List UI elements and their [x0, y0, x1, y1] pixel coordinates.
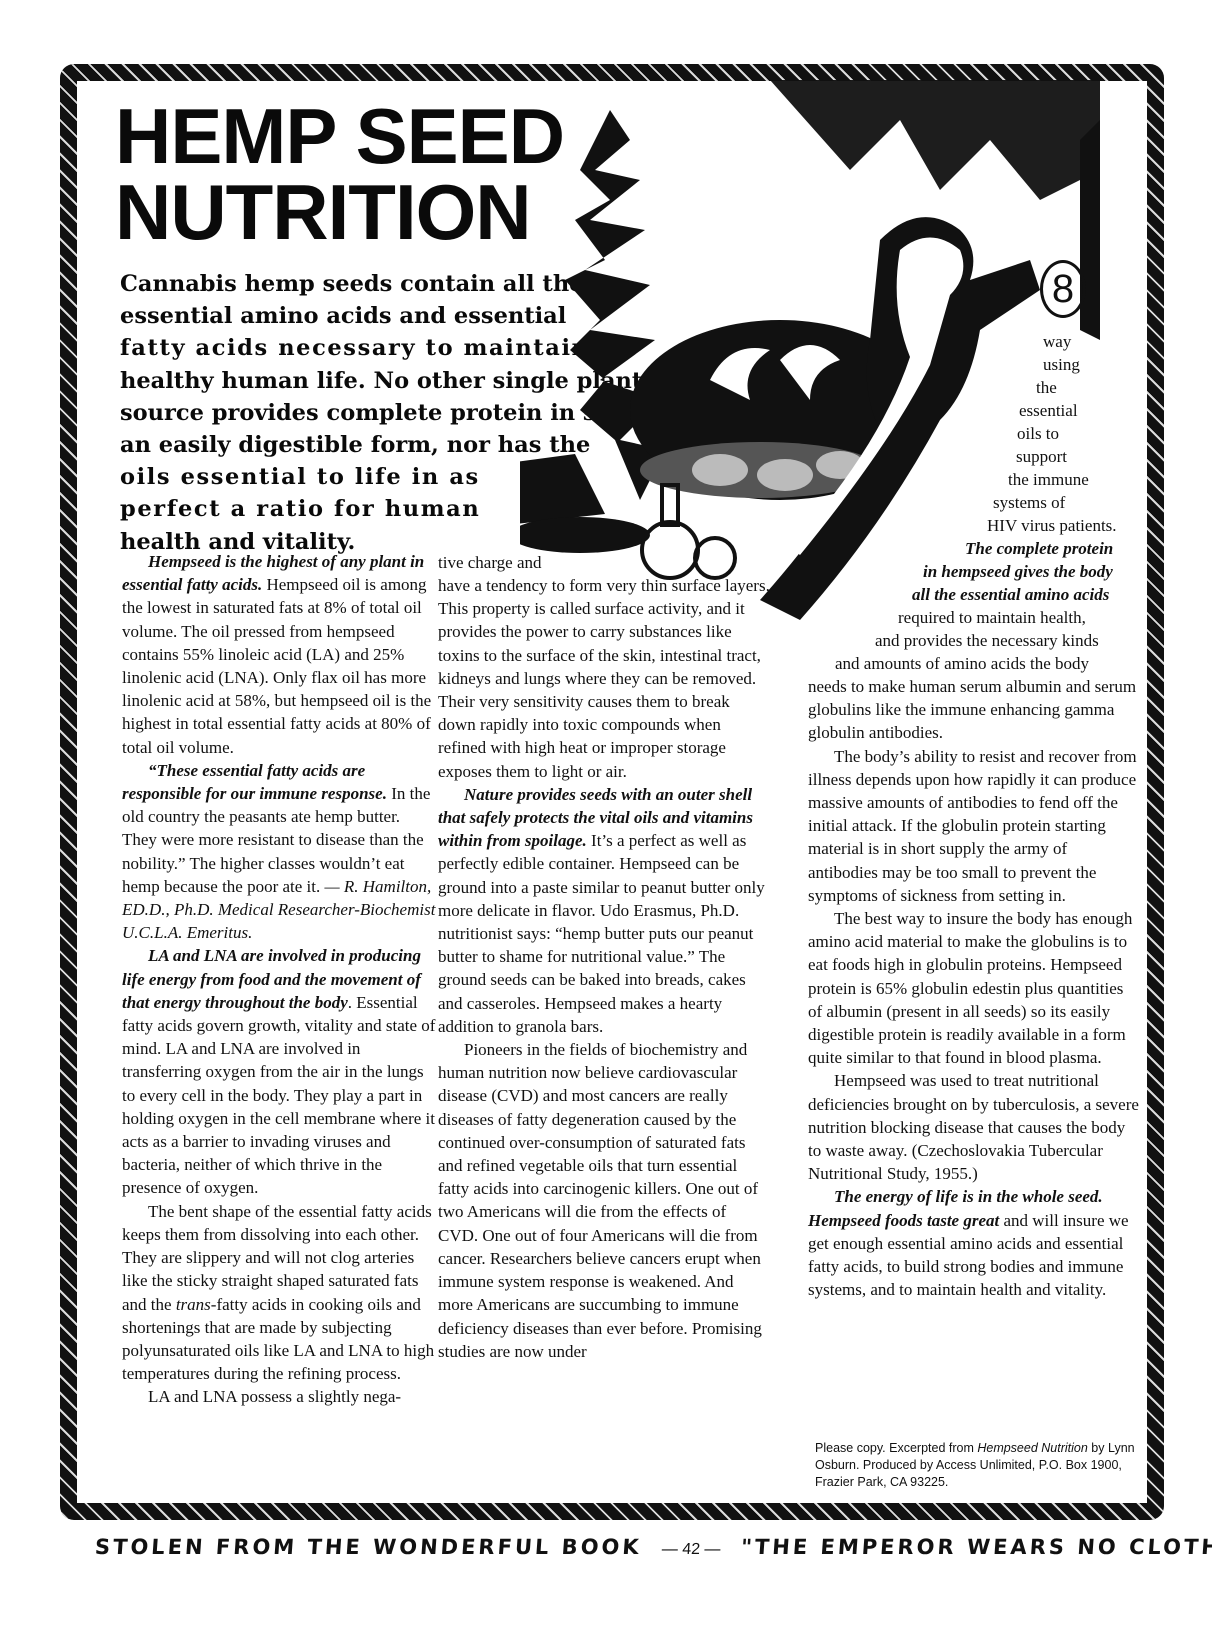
body-text: It’s a perfect as well as perfectly edib… [438, 831, 765, 1036]
wrap-line: HIV virus patients. [987, 514, 1117, 537]
title-line-2: NUTRITION [115, 174, 564, 250]
handwritten-footer: STOLEN FROM THE WONDERFUL BOOK — 42 — "T… [94, 1535, 1206, 1559]
wrap-line: essential [1019, 399, 1078, 422]
page-title: HEMP SEED NUTRITION [115, 98, 564, 250]
paragraph: Pioneers in the fields of biochemistry a… [438, 1038, 770, 1363]
wrap-line: support [1016, 445, 1067, 468]
article-column-3: needs to make human serum albumin and se… [808, 675, 1140, 1301]
paragraph: have a tendency to form very thin surfac… [438, 574, 770, 783]
bold-lead-line: all the essential amino acids [912, 583, 1109, 606]
page-number: — 42 — [661, 1541, 721, 1558]
paragraph: Hempseed was used to treat nutritional d… [808, 1069, 1140, 1185]
wrap-line: using [1043, 353, 1080, 376]
source-credit: Please copy. Excerpted from Hempseed Nut… [815, 1440, 1145, 1491]
book-title: Hempseed Nutrition [977, 1441, 1087, 1455]
article-column-2: have a tendency to form very thin surfac… [438, 574, 770, 1363]
paragraph: The bent shape of the essential fatty ac… [122, 1200, 437, 1386]
footer-left-text: STOLEN FROM THE WONDERFUL BOOK [94, 1535, 642, 1559]
paragraph: Nature provides seeds with an outer shel… [438, 783, 770, 1038]
paragraph: The body’s ability to resist and recover… [808, 745, 1140, 907]
paragraph: LA and LNA possess a slightly nega- [122, 1385, 437, 1408]
footer-right-text: "THE EMPEROR WEARS NO CLOTHES"- BUY IT! [740, 1535, 1212, 1559]
article-column-1: Hempseed is the highest of any plant in … [122, 550, 437, 1409]
title-line-1: HEMP SEED [115, 98, 564, 174]
body-text: Hempseed oil is among the lowest in satu… [122, 575, 431, 756]
paragraph: Hempseed is the highest of any plant in … [122, 550, 437, 759]
column-2-first-line: tive charge and [438, 551, 542, 574]
bottle-icon [642, 485, 735, 578]
bold-lead: “These essential fatty acids are respons… [122, 761, 387, 803]
bold-lead-line: in hempseed gives the body [923, 560, 1113, 583]
wrap-line: systems of [993, 491, 1065, 514]
wrap-line: oils to [1017, 422, 1059, 445]
body-text: . Essential fatty acids govern growth, v… [122, 993, 435, 1198]
wrap-line: and provides the necessary kinds [875, 629, 1099, 652]
italic-term: trans [176, 1295, 211, 1314]
wrap-line: required to maintain health, [898, 606, 1086, 629]
credit-text: Please copy. Excerpted from [815, 1441, 977, 1455]
wrap-line: way [1043, 330, 1071, 353]
paragraph: The energy of life is in the whole seed.… [808, 1185, 1140, 1301]
page-number-badge: 8 [1040, 260, 1086, 318]
paragraph: The best way to insure the body has enou… [808, 907, 1140, 1069]
wrap-line: the [1036, 376, 1057, 399]
bold-lead-line: The complete protein [965, 537, 1113, 560]
wrap-line: the immune [1008, 468, 1089, 491]
wrap-line: and amounts of amino acids the body [835, 652, 1089, 675]
paragraph: needs to make human serum albumin and se… [808, 675, 1140, 745]
paragraph: LA and LNA are involved in producing lif… [122, 944, 437, 1199]
paragraph: “These essential fatty acids are respons… [122, 759, 437, 945]
